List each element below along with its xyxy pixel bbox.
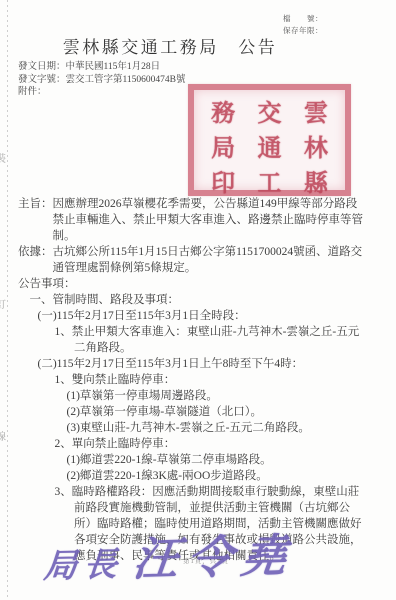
- item-text: 草嶺第一停車場周邊路段。: [80, 390, 218, 402]
- seal-char: 工: [246, 163, 292, 198]
- list-item: 2、單向禁止臨時停車：: [18, 436, 364, 452]
- seal-char: 交: [246, 93, 292, 128]
- item-text: 雙向禁止臨時停車：: [72, 374, 176, 386]
- binding-edge-line: [7, 0, 8, 600]
- seal-char: 印: [200, 163, 246, 198]
- official-announcement-document: 裝 訂 線 檔 號： 保存年限： 雲林縣交通工務局 公告 發文日期：中華民國11…: [0, 0, 396, 600]
- item-text: 115年2月17日至115年3月1日上午8時至下午4時：: [57, 358, 303, 370]
- attachment-line: 附件：: [18, 86, 185, 99]
- item-text: 東壁山莊-九芎神木-雲嶺之丘-五元二角路段。: [80, 422, 310, 434]
- item-label: (1): [67, 390, 80, 402]
- seal-char: 雲: [293, 93, 339, 128]
- item-text: 草嶺第一停車場-草嶺隧道（北口）。: [80, 406, 262, 418]
- basis-text: 古坑鄉公所115年1月15日古鄉公字第1151700024號函、道路交通管理處罰…: [53, 246, 363, 274]
- issue-number-line: 發文字號：雲交工管字第1150600474B號: [18, 74, 185, 87]
- director-signature-stamp: 局長 汪令堯: [43, 519, 297, 591]
- list-item: (1)鄉道雲220-1線-草嶺第二停車場路段。: [18, 452, 364, 468]
- item-label: 3、: [55, 486, 72, 498]
- list-item: (二)115年2月17日至115年3月1日上午8時至下午4時：: [18, 356, 364, 372]
- list-item: 一、管制時間、路段及事項：: [18, 292, 364, 308]
- basis-label: 依據：: [18, 246, 53, 258]
- seal-char: 林: [293, 128, 339, 163]
- binding-mark-ding: 訂: [0, 296, 6, 311]
- list-item: 1、雙向禁止臨時停車：: [18, 372, 364, 388]
- list-item: (2)鄉道雲220-1線3K處-兩OO步道路段。: [18, 468, 364, 484]
- issue-date-line: 發文日期：中華民國115年1月28日: [18, 61, 185, 74]
- seal-char: 務: [200, 93, 246, 128]
- seal-char: 縣: [293, 163, 339, 198]
- item-text: 115年2月17日至115年3月1日全時段：: [57, 310, 246, 322]
- list-item: 1、禁止甲類大客車進入：東壁山莊-九芎神木-雲嶺之丘-五元二角路段。: [18, 324, 364, 356]
- subject-label: 主旨：: [18, 198, 53, 210]
- list-item: (一)115年2月17日至115年3月1日全時段：: [18, 308, 364, 324]
- seal-char: 局: [200, 128, 246, 163]
- binding-mark-zhuang: 裝: [0, 150, 6, 165]
- list-item: (1)草嶺第一停車場周邊路段。: [18, 388, 364, 404]
- item-text: 鄉道雲220-1線-草嶺第二停車場路段。: [80, 454, 272, 466]
- list-item: (3)東壁山莊-九芎神木-雲嶺之丘-五元二角路段。: [18, 420, 364, 436]
- item-label: (二): [38, 358, 57, 370]
- document-title: 雲林縣交通工務局 公告: [30, 33, 310, 58]
- subject-paragraph: 主旨：因應辦理2026草嶺櫻花季需要，公告縣道149甲線等部分路段禁止車輛進入、…: [18, 196, 364, 244]
- item-label: 2、: [55, 438, 72, 450]
- announce-items-header: 公告事項：: [18, 276, 364, 292]
- archive-number-label: 檔 號：: [283, 13, 323, 25]
- item-text: 鄉道雲220-1線3K處-兩OO步道路段。: [80, 470, 268, 482]
- item-text: 禁止甲類大客車進入：東壁山莊-九芎神木-雲嶺之丘-五元二角路段。: [72, 326, 360, 354]
- announcement-body: 主旨：因應辦理2026草嶺櫻花季需要，公告縣道149甲線等部分路段禁止車輛進入、…: [18, 196, 364, 564]
- signer-title: 局長: [42, 538, 126, 587]
- item-label: (3): [67, 422, 80, 434]
- binding-mark-xian: 線: [0, 428, 6, 443]
- document-meta: 發文日期：中華民國115年1月28日 發文字號：雲交工管字第1150600474…: [18, 61, 185, 99]
- item-label: (1): [67, 454, 80, 466]
- item-label: (2): [67, 406, 80, 418]
- seal-char: 通: [246, 128, 292, 163]
- item-text: 管制時間、路段及事項：: [53, 294, 180, 306]
- item-text: 單向禁止臨時停車：: [72, 438, 176, 450]
- subject-text: 因應辦理2026草嶺櫻花季需要，公告縣道149甲線等部分路段禁止車輛進入、禁止甲…: [53, 198, 364, 242]
- list-item: (2)草嶺第一停車場-草嶺隧道（北口）。: [18, 404, 364, 420]
- item-label: (2): [67, 470, 80, 482]
- official-red-seal: 務 交 雲 局 通 林 印 工 縣: [188, 84, 351, 196]
- item-label: 1、: [55, 374, 72, 386]
- signer-name: 汪令堯: [130, 519, 299, 588]
- basis-paragraph: 依據：古坑鄉公所115年1月15日古鄉公字第1151700024號函、道路交通管…: [18, 244, 364, 276]
- item-label: (一): [38, 310, 57, 322]
- item-label: 一、: [30, 294, 53, 306]
- item-label: 1、: [55, 326, 72, 338]
